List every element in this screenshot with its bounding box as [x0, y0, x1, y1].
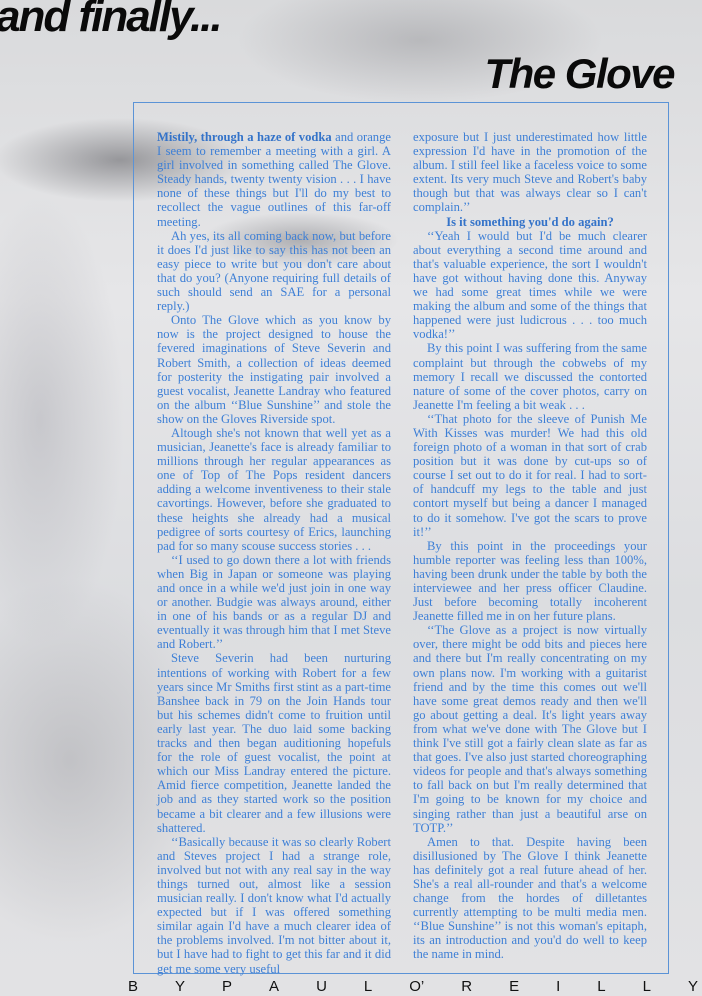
byline-letter: Y — [175, 978, 185, 995]
byline-letter: R — [461, 978, 472, 995]
article-title: The Glove — [484, 50, 674, 98]
byline-letter: L — [597, 978, 605, 995]
byline-letter: I — [556, 978, 560, 995]
paragraph: exposure but I just underestimated how l… — [413, 130, 647, 215]
byline-letter: A — [269, 978, 279, 995]
byline-letter: B — [128, 978, 138, 995]
paragraph: Mistily, through a haze of vodka and ora… — [157, 130, 391, 229]
paragraph: ‘‘Basically because it was so clearly Ro… — [157, 835, 391, 976]
byline-letter: L — [364, 978, 372, 995]
byline-letter: E — [509, 978, 519, 995]
paragraph: ‘‘That photo for the sleeve of Punish Me… — [413, 412, 647, 539]
paragraph: Altough she's not known that well yet as… — [157, 426, 391, 553]
interview-question: Is it something you'd do again? — [413, 215, 647, 229]
left-column: Mistily, through a haze of vodka and ora… — [157, 130, 391, 976]
paragraph: Ah yes, its all coming back now, but bef… — [157, 229, 391, 314]
paragraph: ‘‘The Glove as a project is now virtuall… — [413, 623, 647, 834]
paragraph: ‘‘Yeah I would but I'd be much clearer a… — [413, 229, 647, 342]
paragraph: ‘‘I used to go down there a lot with fri… — [157, 553, 391, 652]
byline-letter: O’ — [409, 978, 424, 995]
section-title: and finally... — [0, 0, 221, 42]
byline: B Y P A U L O’ R E I L L Y — [128, 978, 698, 995]
lead-in: Mistily, through a haze of vodka — [157, 130, 332, 144]
paragraph: Onto The Glove which as you know by now … — [157, 313, 391, 426]
byline-letter: L — [643, 978, 651, 995]
paragraph: Amen to that. Despite having been disill… — [413, 835, 647, 962]
byline-letter: Y — [688, 978, 698, 995]
paragraph: By this point in the proceedings your hu… — [413, 539, 647, 624]
paragraph: Steve Severin had been nurturing intenti… — [157, 651, 391, 834]
byline-letter: U — [316, 978, 327, 995]
byline-letter: P — [222, 978, 232, 995]
paragraph: By this point I was suffering from the s… — [413, 341, 647, 411]
right-column: exposure but I just underestimated how l… — [413, 130, 647, 976]
article-body: Mistily, through a haze of vodka and ora… — [157, 130, 647, 976]
